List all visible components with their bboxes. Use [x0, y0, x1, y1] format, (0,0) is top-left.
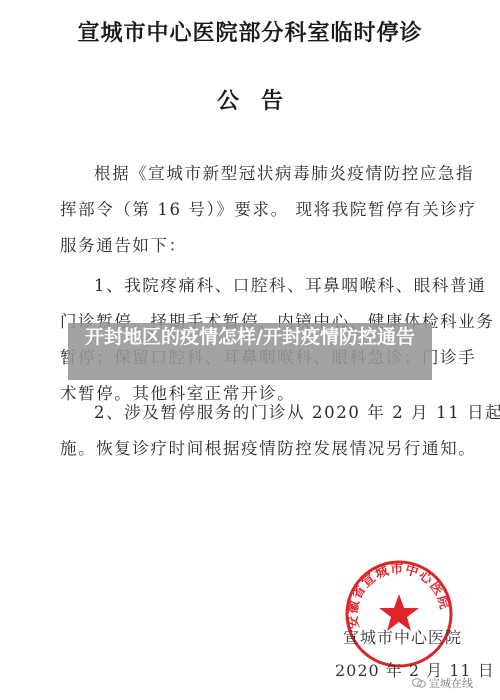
- text-line: 服务通告如下：: [60, 228, 470, 264]
- official-stamp: 安徽省宣城市中心医院: [343, 558, 455, 670]
- headline-overlay: 开封地区的疫情怎样/开封疫情防控通告: [68, 323, 432, 380]
- text-line: 挥部令（第 16 号）》要求。 现将我院暂停有关诊疗: [60, 192, 470, 228]
- overlay-headline: 开封地区的疫情怎样/开封疫情防控通告: [68, 325, 432, 350]
- notice-title: 宣城市中心医院部分科室临时停诊: [0, 16, 500, 47]
- text-line: 2、涉及暂停服务的门诊从 2020 年 2 月 11 日起实: [60, 395, 470, 431]
- text-line: 1、我院疼痛科、口腔科、耳鼻咽喉科、眼科普通: [60, 268, 470, 304]
- paragraph-item-2: 2、涉及暂停服务的门诊从 2020 年 2 月 11 日起实 施。恢复诊疗时间根…: [60, 395, 470, 467]
- paragraph-intro: 根据《宣城市新型冠状病毒肺炎疫情防控应急指 挥部令（第 16 号）》要求。 现将…: [60, 156, 470, 264]
- notice-subtitle: 公告: [0, 84, 500, 115]
- source-watermark: 宣城在线: [412, 675, 473, 691]
- signature-organization: 宣城市中心医院: [343, 625, 462, 648]
- text-line: 根据《宣城市新型冠状病毒肺炎疫情防控应急指: [60, 156, 470, 192]
- text-line: 施。恢复诊疗时间根据疫情防控发展情况另行通知。: [60, 431, 470, 467]
- wechat-icon: [412, 678, 426, 688]
- watermark-label: 宣城在线: [429, 675, 473, 691]
